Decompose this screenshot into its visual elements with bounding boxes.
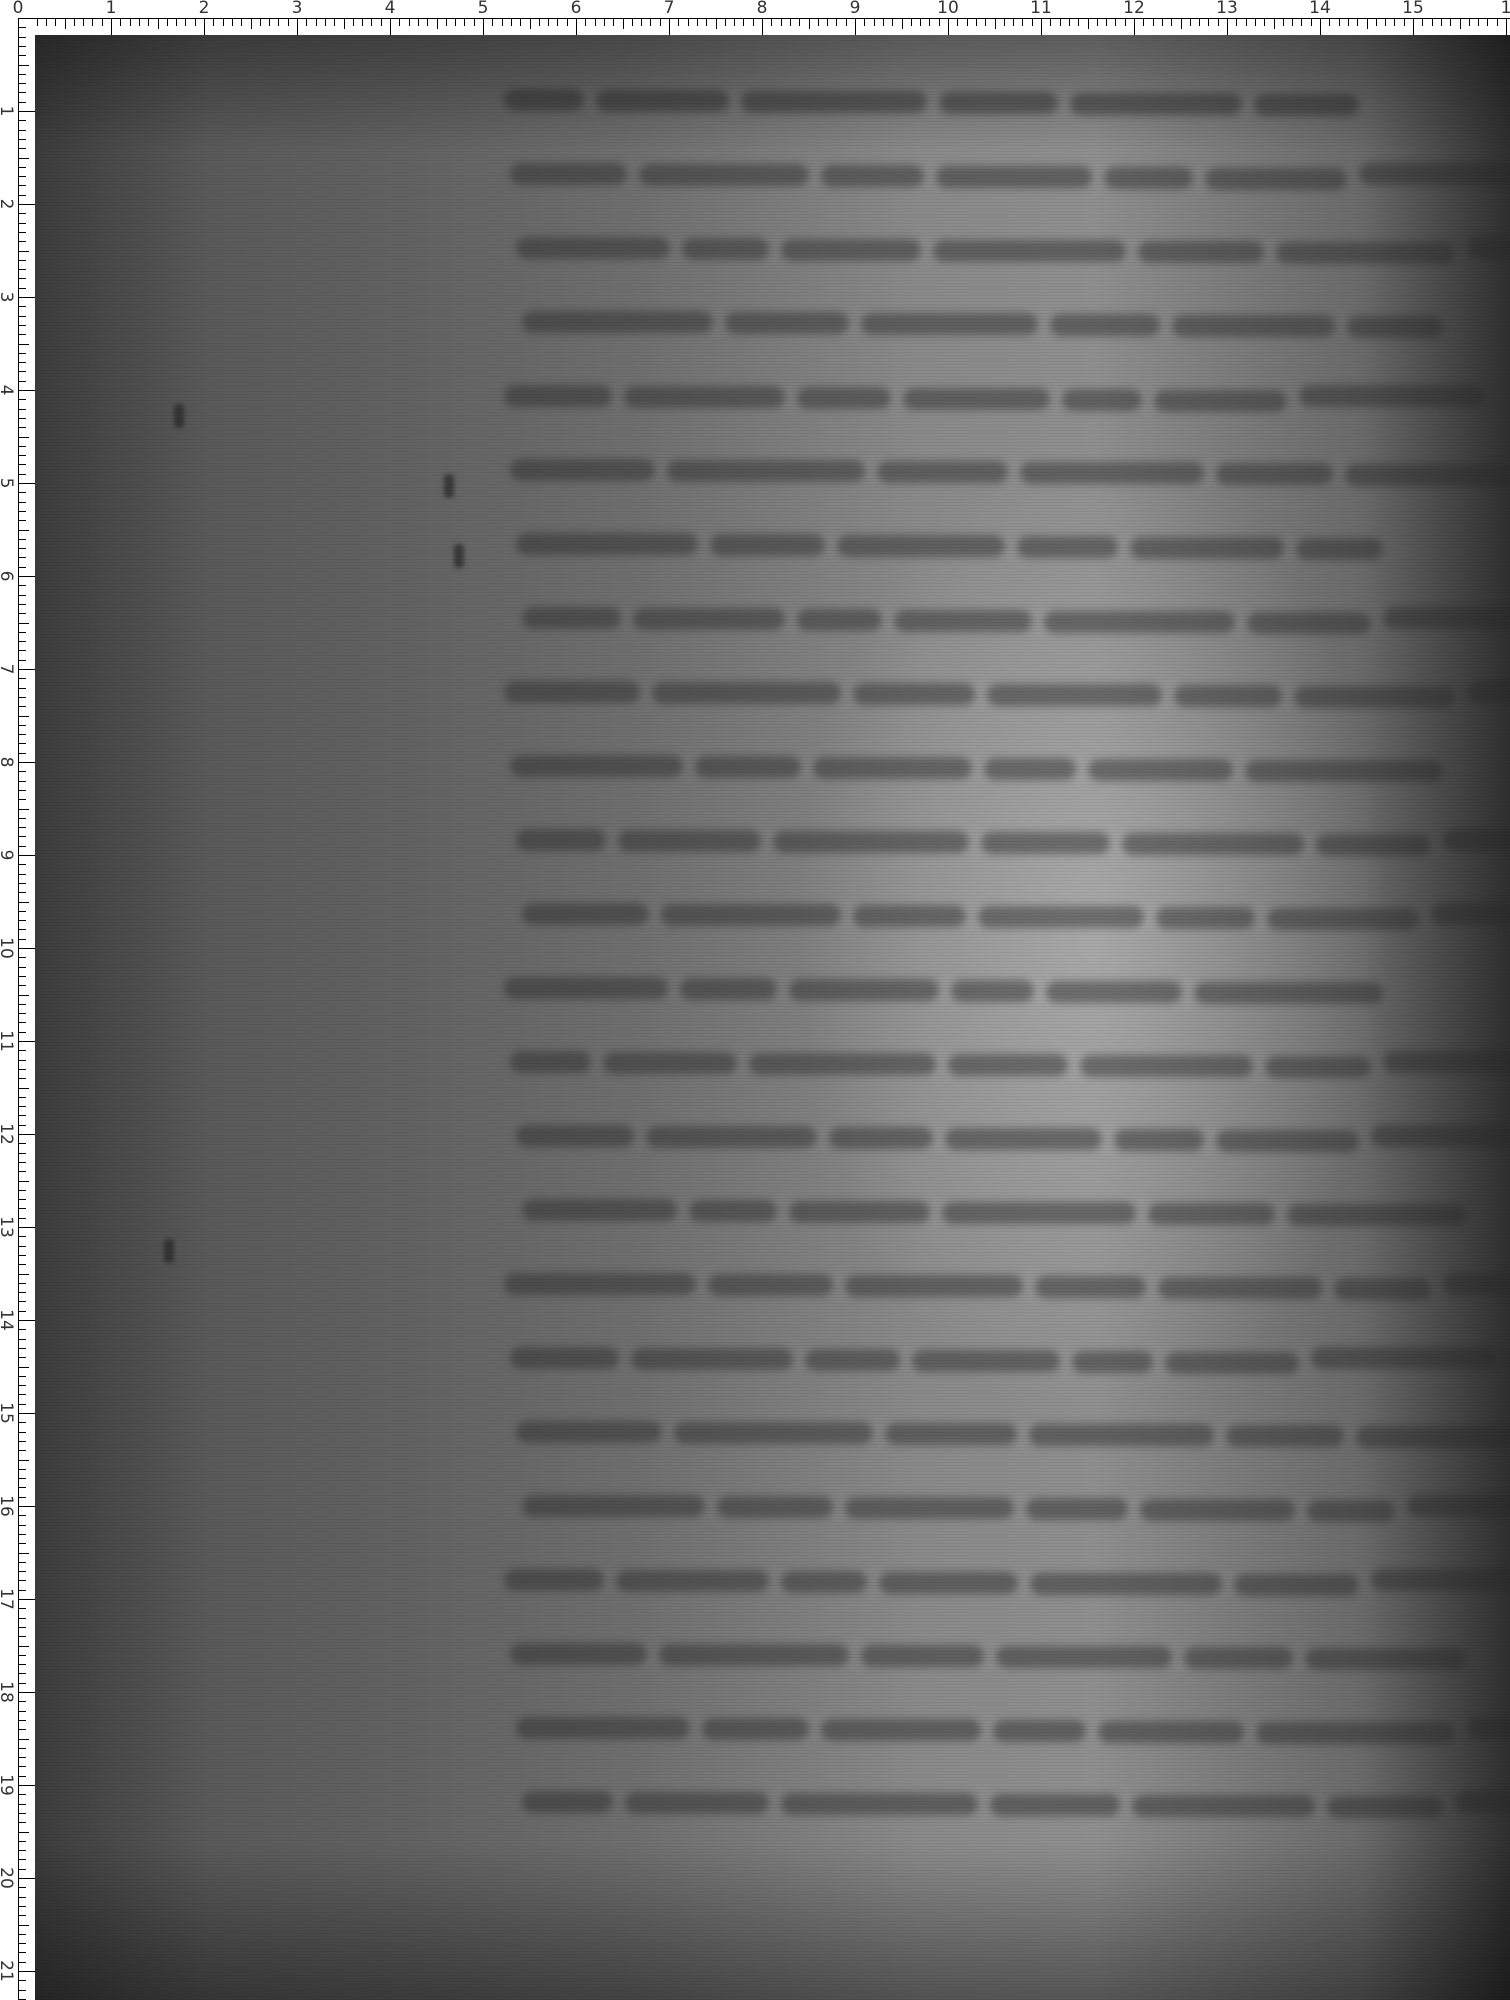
text-line-fragment bbox=[516, 1421, 662, 1443]
ruler-tick bbox=[19, 1088, 29, 1089]
ruler-tick bbox=[19, 632, 26, 633]
text-line-fragment bbox=[1050, 314, 1160, 336]
ruler-tick bbox=[753, 19, 754, 26]
ruler-tick bbox=[19, 1720, 26, 1721]
text-line-fragment bbox=[504, 89, 584, 111]
text-line-fragment bbox=[702, 1718, 809, 1740]
ruler-tick bbox=[19, 1497, 26, 1498]
ruler-tick bbox=[902, 19, 903, 29]
ruler-tick bbox=[19, 92, 26, 93]
ruler-tick bbox=[19, 939, 26, 940]
ruler-tick bbox=[1181, 19, 1182, 29]
ruler-tick bbox=[19, 1636, 26, 1637]
text-line-fragment bbox=[1287, 1204, 1467, 1226]
ruler-tick bbox=[195, 19, 196, 26]
text-line-fragment bbox=[510, 1051, 591, 1073]
text-line-fragment bbox=[522, 607, 621, 629]
ruler-label: 5 bbox=[478, 0, 489, 18]
ruler-tick bbox=[19, 1580, 26, 1581]
ruler-tick bbox=[641, 19, 642, 26]
ruler-label: 18 bbox=[0, 1681, 16, 1703]
ruler-tick bbox=[576, 19, 577, 35]
ruler-tick bbox=[483, 19, 484, 35]
ruler-tick bbox=[19, 1394, 26, 1395]
ruler-tick bbox=[19, 1506, 35, 1507]
ruler-tick bbox=[1413, 19, 1414, 35]
ruler-tick bbox=[19, 1692, 35, 1693]
ruler-tick bbox=[1274, 19, 1275, 29]
ruler-tick bbox=[19, 678, 26, 679]
ruler-tick bbox=[19, 492, 26, 493]
text-line-fragment bbox=[861, 1645, 984, 1667]
ruler-tick bbox=[19, 1274, 29, 1275]
ruler-tick bbox=[19, 1971, 35, 1972]
ruler-tick bbox=[19, 371, 26, 372]
ruler-tick bbox=[818, 19, 819, 26]
ruler-tick bbox=[19, 836, 26, 837]
ruler-tick bbox=[19, 1608, 26, 1609]
ruler-tick bbox=[19, 1515, 26, 1516]
text-line-fragment bbox=[1172, 315, 1335, 337]
text-line-fragment bbox=[1267, 908, 1419, 930]
ruler-tick bbox=[1264, 19, 1265, 26]
ruler-tick bbox=[19, 706, 26, 707]
ruler-tick bbox=[185, 19, 186, 26]
ruler-tick bbox=[46, 19, 47, 26]
ruler-tick bbox=[836, 19, 837, 26]
text-line-fragment bbox=[1245, 760, 1443, 782]
ruler-label: 10 bbox=[937, 0, 959, 18]
ruler-tick bbox=[19, 781, 26, 782]
ruler-tick bbox=[1246, 19, 1247, 26]
ruler-tick bbox=[19, 920, 26, 921]
ruler-tick bbox=[19, 1701, 26, 1702]
ruler-tick bbox=[595, 19, 596, 26]
text-line-fragment bbox=[861, 313, 1038, 335]
text-line-fragment bbox=[1311, 1347, 1498, 1369]
text-line-fragment bbox=[1305, 1648, 1467, 1670]
ruler-tick bbox=[19, 195, 26, 196]
ruler-tick bbox=[130, 19, 131, 26]
text-line-fragment bbox=[981, 832, 1110, 854]
ruler-tick bbox=[929, 19, 930, 26]
ruler-tick bbox=[1236, 19, 1237, 26]
text-line-fragment bbox=[885, 1423, 1017, 1445]
ruler-tick bbox=[19, 204, 35, 205]
ruler-tick bbox=[371, 19, 372, 26]
ruler-tick bbox=[213, 19, 214, 26]
text-line-fragment bbox=[1443, 1273, 1510, 1295]
margin-mark bbox=[444, 474, 454, 498]
ruler-tick bbox=[19, 223, 26, 224]
ruler-tick bbox=[19, 297, 35, 298]
ruler-tick bbox=[1106, 19, 1107, 26]
ruler-tick bbox=[427, 19, 428, 26]
ruler-tick bbox=[19, 418, 26, 419]
ruler-label: 19 bbox=[0, 1774, 16, 1796]
ruler-tick bbox=[19, 688, 26, 689]
ruler-tick bbox=[19, 334, 26, 335]
text-line-fragment bbox=[504, 977, 668, 999]
text-line-fragment bbox=[1383, 1051, 1510, 1073]
text-line-fragment bbox=[1467, 237, 1510, 259]
text-line-fragment bbox=[510, 459, 655, 481]
text-line-fragment bbox=[797, 387, 891, 409]
ruler-tick bbox=[19, 557, 26, 558]
ruler-tick bbox=[874, 19, 875, 26]
ruler-tick bbox=[19, 799, 26, 800]
ruler-tick bbox=[19, 818, 26, 819]
text-line-fragment bbox=[1029, 1424, 1214, 1446]
ruler-label: 8 bbox=[757, 0, 768, 18]
text-line-fragment bbox=[821, 165, 924, 187]
text-line-fragment bbox=[984, 758, 1076, 780]
text-line-fragment bbox=[1035, 1276, 1146, 1298]
ruler-tick bbox=[892, 19, 893, 26]
ruler-tick bbox=[799, 19, 800, 26]
ruler-tick bbox=[19, 530, 29, 531]
ruler-tick bbox=[1050, 19, 1051, 26]
ruler-label: 20 bbox=[0, 1867, 16, 1889]
ruler-tick bbox=[19, 1134, 35, 1135]
text-line-fragment bbox=[1334, 1278, 1431, 1300]
ruler-tick bbox=[19, 185, 26, 186]
text-line-fragment bbox=[522, 903, 649, 925]
ruler-tick bbox=[37, 19, 38, 26]
ruler-tick bbox=[306, 19, 307, 26]
ruler-tick bbox=[19, 353, 26, 354]
ruler-tick bbox=[19, 1032, 26, 1033]
ruler-tick bbox=[19, 576, 35, 577]
ruler-tick bbox=[688, 19, 689, 26]
ruler-label: 6 bbox=[0, 571, 16, 582]
ruler-tick bbox=[19, 1906, 26, 1907]
ruler-tick bbox=[19, 1348, 26, 1349]
ruler-label: 13 bbox=[1216, 0, 1238, 18]
ruler-tick bbox=[1255, 19, 1256, 26]
text-line-fragment bbox=[1154, 390, 1287, 412]
ruler-tick bbox=[19, 985, 26, 986]
ruler-tick bbox=[19, 455, 26, 456]
text-line-fragment bbox=[1216, 1130, 1359, 1152]
ruler-tick bbox=[260, 19, 261, 26]
ruler-tick bbox=[19, 167, 26, 168]
text-line-fragment bbox=[1070, 93, 1242, 115]
ruler-tick bbox=[1022, 19, 1023, 26]
ruler-label: 12 bbox=[0, 1123, 16, 1145]
text-line-fragment bbox=[625, 1792, 769, 1814]
ruler-tick bbox=[19, 437, 29, 438]
ruler-tick bbox=[19, 1404, 26, 1405]
ruler-tick bbox=[19, 83, 26, 84]
ruler-label: 6 bbox=[571, 0, 582, 18]
ruler-tick bbox=[19, 1413, 35, 1414]
text-line-fragment bbox=[1114, 1129, 1204, 1151]
ruler-tick bbox=[911, 19, 912, 26]
ruler-tick bbox=[390, 19, 391, 35]
ruler-tick bbox=[1367, 19, 1368, 29]
ruler-tick bbox=[19, 1980, 26, 1981]
ruler-tick bbox=[19, 1339, 26, 1340]
ruler-tick bbox=[176, 19, 177, 26]
ruler-tick bbox=[55, 19, 56, 26]
text-line-fragment bbox=[853, 905, 966, 927]
ruler-label: 9 bbox=[850, 0, 861, 18]
ruler-tick bbox=[19, 623, 29, 624]
ruler-tick bbox=[1078, 19, 1079, 26]
ruler-tick bbox=[19, 213, 26, 214]
ruler-tick bbox=[19, 1525, 26, 1526]
text-line-fragment bbox=[1062, 389, 1142, 411]
ruler-tick bbox=[19, 409, 26, 410]
ruler-tick bbox=[19, 1041, 35, 1042]
ruler-tick bbox=[19, 148, 26, 149]
ruler-tick bbox=[1506, 19, 1507, 35]
ruler-tick bbox=[1422, 19, 1423, 26]
text-line-fragment bbox=[624, 386, 785, 408]
ruler-tick bbox=[967, 19, 968, 26]
text-line-fragment bbox=[939, 92, 1058, 114]
ruler-tick bbox=[548, 19, 549, 26]
ruler-tick bbox=[74, 19, 75, 26]
text-line-fragment bbox=[631, 1348, 793, 1370]
ruler-tick bbox=[19, 1301, 26, 1302]
ruler-label: 13 bbox=[0, 1216, 16, 1238]
ruler-tick bbox=[19, 1859, 26, 1860]
ruler-tick bbox=[19, 1990, 26, 1991]
ruler-label: 5 bbox=[0, 478, 16, 489]
text-line-fragment bbox=[516, 1125, 634, 1147]
text-line-fragment bbox=[1254, 94, 1359, 116]
text-line-fragment bbox=[1156, 907, 1255, 929]
text-line-fragment bbox=[659, 1644, 849, 1666]
ruler-label: 14 bbox=[0, 1309, 16, 1331]
ruler-tick bbox=[92, 19, 93, 26]
text-line-fragment bbox=[504, 1273, 696, 1295]
text-line-fragment bbox=[1455, 1791, 1510, 1813]
text-line-fragment bbox=[853, 683, 975, 705]
text-line-fragment bbox=[879, 1572, 1018, 1594]
text-line-fragment bbox=[845, 1497, 1014, 1519]
ruler-tick bbox=[19, 1822, 26, 1823]
text-line-fragment bbox=[504, 1569, 604, 1591]
text-line-fragment bbox=[510, 1347, 619, 1369]
ruler-tick bbox=[19, 1897, 26, 1898]
ruler-tick bbox=[743, 19, 744, 26]
text-line-fragment bbox=[1122, 833, 1304, 855]
ruler-tick bbox=[19, 1469, 26, 1470]
text-line-fragment bbox=[773, 831, 969, 853]
ruler-tick bbox=[19, 855, 35, 856]
text-line-fragment bbox=[680, 978, 777, 1000]
ruler-tick bbox=[19, 790, 26, 791]
ruler-tick bbox=[781, 19, 782, 26]
ruler-tick bbox=[19, 474, 26, 475]
ruler-tick bbox=[19, 1218, 26, 1219]
ruler-label: 16 bbox=[0, 1495, 16, 1517]
ruler-label: 4 bbox=[385, 0, 396, 18]
ruler-tick bbox=[19, 1450, 26, 1451]
ruler-label: 3 bbox=[292, 0, 303, 18]
ruler-tick bbox=[19, 344, 29, 345]
text-line-fragment bbox=[1359, 163, 1510, 185]
ruler-tick bbox=[19, 1460, 29, 1461]
ruler-tick bbox=[19, 697, 26, 698]
ruler-tick bbox=[19, 37, 26, 38]
ruler-tick bbox=[567, 19, 568, 26]
ruler-tick bbox=[809, 19, 810, 29]
text-line-fragment bbox=[1148, 1203, 1275, 1225]
ruler-tick bbox=[437, 19, 438, 29]
ruler-tick bbox=[1292, 19, 1293, 26]
ruler-tick bbox=[678, 19, 679, 26]
ruler-tick bbox=[771, 19, 772, 26]
ruler-tick bbox=[1125, 19, 1126, 26]
ruler-tick bbox=[19, 1208, 26, 1209]
ruler-tick bbox=[464, 19, 465, 26]
ruler-tick bbox=[19, 1236, 26, 1237]
ruler-tick bbox=[344, 19, 345, 29]
text-line-fragment bbox=[903, 388, 1050, 410]
ruler-tick bbox=[19, 539, 26, 540]
ruler-tick bbox=[19, 1367, 29, 1368]
ruler-tick bbox=[19, 1106, 26, 1107]
ruler-tick bbox=[530, 19, 531, 29]
ruler-tick bbox=[251, 19, 252, 29]
ruler-tick bbox=[790, 19, 791, 26]
ruler-tick bbox=[19, 483, 35, 484]
text-line-fragment bbox=[516, 237, 670, 259]
text-line-fragment bbox=[510, 755, 683, 777]
text-line-fragment bbox=[805, 1349, 900, 1371]
text-line-fragment bbox=[1467, 681, 1510, 703]
ruler-tick bbox=[1301, 19, 1302, 26]
ruler-tick bbox=[762, 19, 763, 35]
ruler-tick bbox=[19, 1478, 26, 1479]
text-line-fragment bbox=[948, 1054, 1068, 1076]
text-line-fragment bbox=[912, 1350, 1060, 1372]
ruler-tick bbox=[1218, 19, 1219, 26]
ruler-tick bbox=[19, 864, 26, 865]
text-line-fragment bbox=[1046, 981, 1182, 1003]
ruler-tick bbox=[19, 1255, 26, 1256]
text-line-fragment bbox=[1226, 1425, 1344, 1447]
ruler-tick bbox=[492, 19, 493, 26]
ruler-tick bbox=[19, 1850, 26, 1851]
margin-mark bbox=[174, 404, 184, 428]
ruler-tick bbox=[539, 19, 540, 26]
ruler-tick bbox=[19, 316, 26, 317]
ruler-tick bbox=[19, 911, 26, 912]
ruler-tick bbox=[725, 19, 726, 26]
ruler-tick bbox=[1171, 19, 1172, 26]
ruler-tick bbox=[1432, 19, 1433, 26]
ruler-tick bbox=[19, 1934, 26, 1935]
text-line-fragment bbox=[1017, 536, 1118, 558]
text-line-fragment bbox=[695, 756, 801, 778]
text-line-fragment bbox=[942, 1202, 1136, 1224]
text-line-fragment bbox=[978, 906, 1144, 928]
ruler-tick bbox=[19, 1776, 26, 1777]
ruler-tick bbox=[19, 595, 26, 596]
ruler-tick bbox=[19, 1962, 26, 1963]
ruler-tick bbox=[1320, 19, 1321, 35]
text-line-fragment bbox=[633, 608, 785, 630]
ruler-tick bbox=[19, 1115, 26, 1116]
ruler-tick bbox=[19, 1683, 26, 1684]
ruler-label: 0 bbox=[13, 0, 24, 18]
text-line-fragment bbox=[1130, 537, 1284, 559]
ruler-tick bbox=[19, 399, 26, 400]
ruler-tick bbox=[241, 19, 242, 26]
text-line-fragment bbox=[1080, 1055, 1253, 1077]
ruler-tick bbox=[19, 976, 26, 977]
ruler-tick bbox=[995, 19, 996, 29]
text-line-fragment bbox=[1072, 1351, 1153, 1373]
ruler-tick bbox=[19, 288, 26, 289]
text-line-fragment bbox=[993, 1720, 1086, 1742]
ruler-tick bbox=[19, 1543, 26, 1544]
ruler-tick bbox=[1060, 19, 1061, 26]
text-line-fragment bbox=[516, 1717, 690, 1739]
ruler-tick bbox=[19, 362, 26, 363]
text-line-fragment bbox=[504, 385, 612, 407]
text-line-fragment bbox=[1132, 1795, 1315, 1817]
ruler-tick bbox=[19, 1804, 26, 1805]
text-line-fragment bbox=[682, 238, 769, 260]
text-line-fragment bbox=[987, 684, 1162, 706]
ruler-tick bbox=[1134, 19, 1135, 35]
text-line-fragment bbox=[1205, 168, 1347, 190]
ruler-tick bbox=[19, 846, 26, 847]
margin-mark bbox=[164, 1239, 174, 1263]
ruler-tick bbox=[19, 260, 26, 261]
text-line-fragment bbox=[789, 979, 939, 1001]
ruler-label: 9 bbox=[0, 850, 16, 861]
ruler-tick bbox=[19, 1646, 29, 1647]
text-line-fragment bbox=[1296, 538, 1383, 560]
ruler-label: 7 bbox=[0, 664, 16, 675]
ruler-tick bbox=[167, 19, 168, 26]
ruler-tick bbox=[19, 241, 26, 242]
ruler-tick bbox=[19, 1227, 35, 1228]
text-line-fragment bbox=[510, 163, 627, 185]
text-line-fragment bbox=[1294, 686, 1455, 708]
ruler-tick bbox=[19, 669, 35, 670]
text-line-fragment bbox=[708, 1274, 833, 1296]
ruler-tick bbox=[19, 1171, 26, 1172]
text-line-fragment bbox=[1467, 1717, 1510, 1739]
ruler-tick bbox=[19, 46, 26, 47]
ruler-tick bbox=[976, 19, 977, 26]
ruler-tick bbox=[269, 19, 270, 26]
ruler-tick bbox=[446, 19, 447, 26]
text-line-fragment bbox=[516, 829, 606, 851]
ruler-tick bbox=[19, 1887, 26, 1888]
ruler-label: 14 bbox=[1309, 0, 1331, 18]
text-line-fragment bbox=[596, 90, 729, 112]
ruler-tick bbox=[19, 1878, 35, 1879]
ruler-tick bbox=[1162, 19, 1163, 26]
ruler-tick bbox=[19, 641, 26, 642]
ruler-tick bbox=[83, 19, 84, 26]
ruler-tick bbox=[1097, 19, 1098, 26]
ruler-tick bbox=[19, 613, 26, 614]
ruler-tick bbox=[19, 1748, 26, 1749]
ruler-tick bbox=[204, 19, 205, 35]
ruler-tick bbox=[297, 19, 298, 35]
text-line-fragment bbox=[933, 240, 1126, 262]
